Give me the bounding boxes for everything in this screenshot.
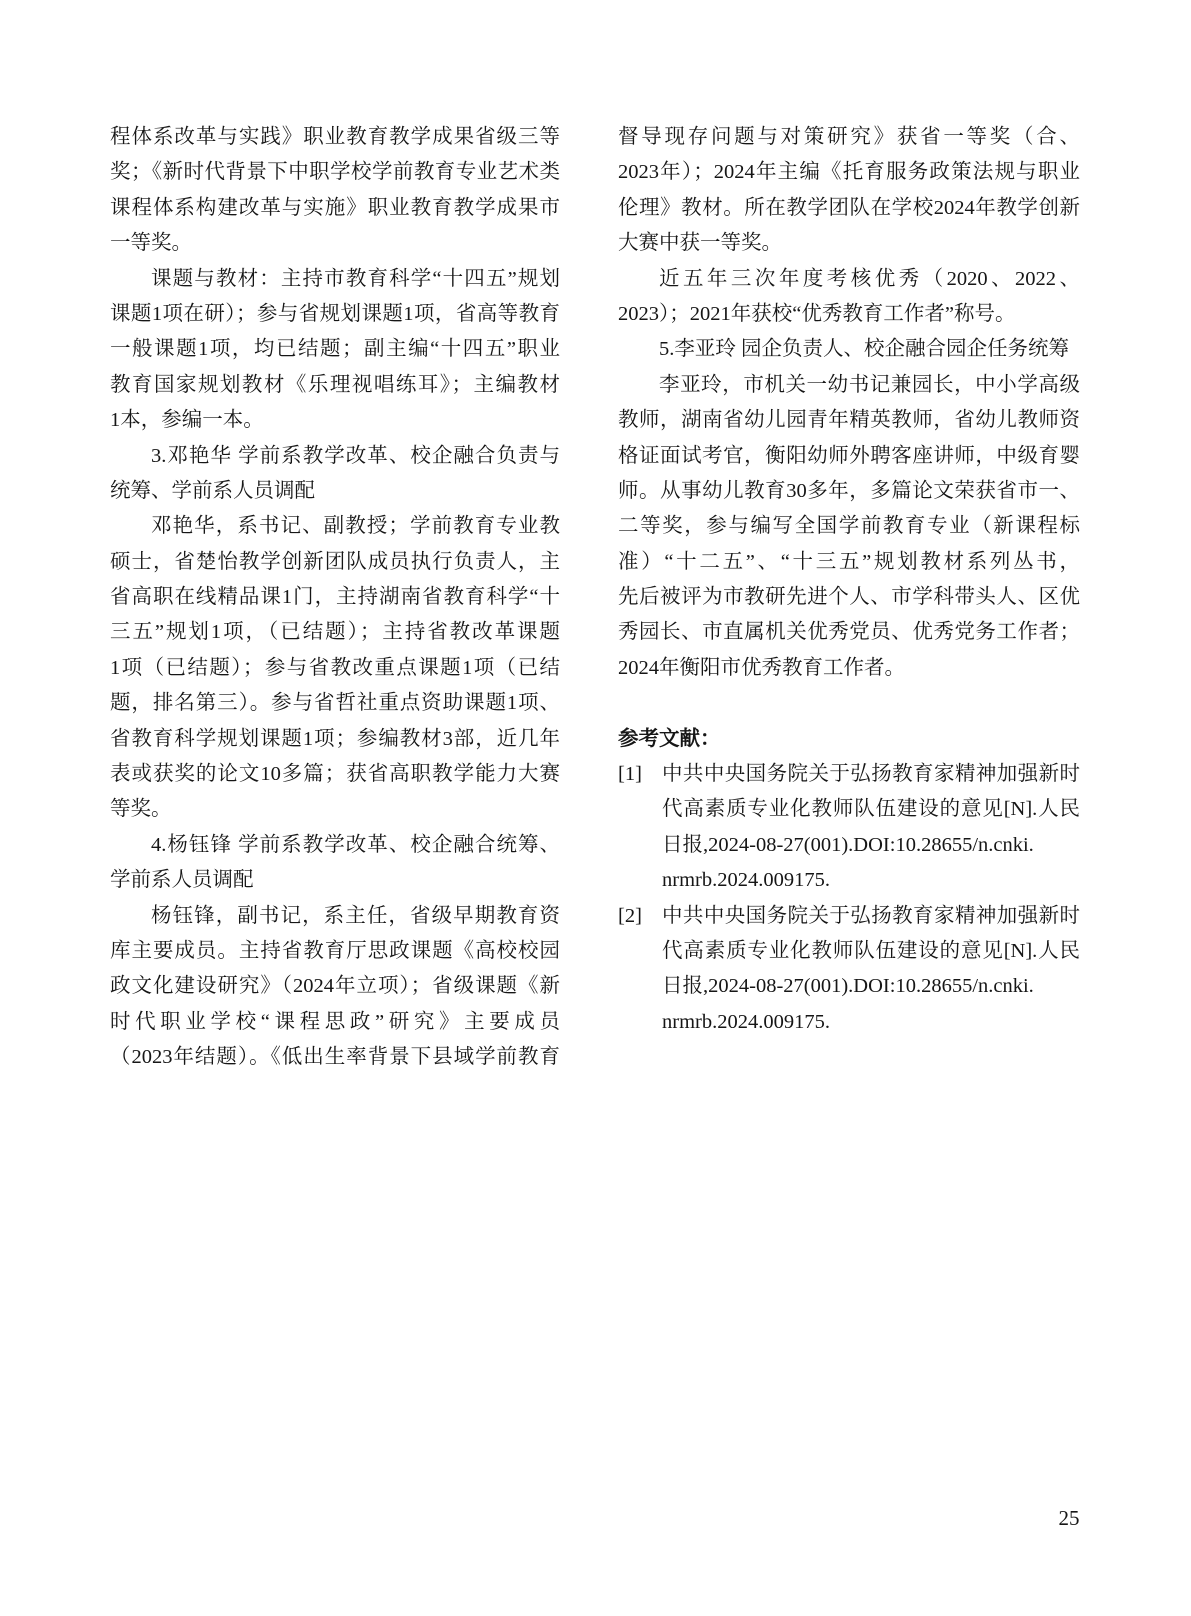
text-line: 程体系改革与实践》职业教育教学成果省级三等 <box>110 120 560 155</box>
text-line: 师。从事幼儿教育30多年，多篇论文荣获省市一、 <box>618 474 1080 509</box>
text-line: 1本，参编一本。 <box>110 403 560 438</box>
text-line: 教育国家规划教材《乐理视唱练耳》；主编教材 <box>110 368 560 403</box>
text-line: 课程体系构建改革与实施》职业教育教学成果市级 <box>110 191 560 226</box>
text-line: 题，排名第三）。参与省哲社重点资助课题1项、 <box>110 686 560 721</box>
text-line: 一等奖。 <box>110 226 560 261</box>
text-line <box>618 686 1080 721</box>
references-heading: 参考文献： <box>618 722 1080 757</box>
reference-line: nrmrb.2024.009175. <box>618 1005 1080 1040</box>
text-line: 3.邓艳华 学前系教学改革、校企融合负责与 <box>110 439 560 474</box>
text-line: 4.杨钰锋 学前系教学改革、校企融合统筹、 <box>110 828 560 863</box>
text-line: 格证面试考官，衡阳幼师外聘客座讲师，中级育婴 <box>618 439 1080 474</box>
text-line: 秀园长、市直属机关优秀党员、优秀党务工作者； <box>618 615 1080 650</box>
text-line: 李亚玲，市机关一幼书记兼园长，中小学高级 <box>618 368 1080 403</box>
page-number: 25 <box>1049 1503 1089 1533</box>
text-line: 二等奖，参与编写全国学前教育专业（新课程标 <box>618 509 1080 544</box>
text-line: 省教育科学规划课题1项；参编教材3部，近几年发 <box>110 722 560 757</box>
text-line: 省高职在线精品课1门，主持湖南省教育科学“十 <box>110 580 560 615</box>
text-line: 近五年三次年度考核优秀（2020、2022、 <box>618 262 1080 297</box>
text-line: 奖；《新时代背景下中职学校学前教育专业艺术类 <box>110 155 560 190</box>
text-line: 课题1项在研）；参与省规划课题1项，省高等教育 <box>110 297 560 332</box>
text-line: 杨钰锋，副书记，系主任，省级早期教育资源 <box>110 899 560 934</box>
text-line: 先后被评为市教研先进个人、市学科带头人、区优 <box>618 580 1080 615</box>
text-line: 准）“十二五”、“十三五”规划教材系列丛书， <box>618 545 1080 580</box>
text-line: （2023年结题）。《低出生率背景下县域学前教育 <box>110 1040 560 1075</box>
reference-line: nrmrb.2024.009175. <box>618 863 1080 898</box>
text-line: 1项（已结题）；参与省教改重点课题1项（已结 <box>110 651 560 686</box>
text-line: 表或获奖的论文10多篇；获省高职教学能力大赛二 <box>110 757 560 792</box>
reference-line: 日报,2024-08-27(001).DOI:10.28655/n.cnki. <box>618 969 1080 1004</box>
reference-line: 代高素质专业化教师队伍建设的意见[N].人民 <box>618 934 1080 969</box>
text-line: 时代职业学校“课程思政”研究》主要成员 <box>110 1005 560 1040</box>
text-line: 2023）；2021年获校“优秀教育工作者”称号。 <box>618 297 1080 332</box>
text-line: 库主要成员。主持省教育厅思政课题《高校校园思 <box>110 934 560 969</box>
text-line: 三五”规划1项，（已结题）；主持省教改革课题 <box>110 615 560 650</box>
journal-page: 程体系改革与实践》职业教育教学成果省级三等奖；《新时代背景下中职学校学前教育专业… <box>0 0 1191 1616</box>
text-line: 硕士，省楚怡教学创新团队成员执行负责人，主持 <box>110 545 560 580</box>
reference-line: 日报,2024-08-27(001).DOI:10.28655/n.cnki. <box>618 828 1080 863</box>
left-text-column: 程体系改革与实践》职业教育教学成果省级三等奖；《新时代背景下中职学校学前教育专业… <box>110 120 560 1076</box>
text-line: 2024年衡阳市优秀教育工作者。 <box>618 651 1080 686</box>
text-line: 邓艳华，系书记、副教授；学前教育专业教育 <box>110 509 560 544</box>
text-line: 学前系人员调配 <box>110 863 560 898</box>
text-line: 一般课题1项，均已结题；副主编“十四五”职业 <box>110 332 560 367</box>
reference-line: 代高素质专业化教师队伍建设的意见[N].人民 <box>618 792 1080 827</box>
text-line: 5.李亚玲 园企负责人、校企融合园企任务统筹 <box>618 332 1080 367</box>
text-line: 等奖。 <box>110 792 560 827</box>
text-line: 政文化建设研究》（2024年立项）；省级课题《新 <box>110 969 560 1004</box>
text-line: 2023年）；2024年主编《托育服务政策法规与职业 <box>618 155 1080 190</box>
text-line: 教师，湖南省幼儿园青年精英教师，省幼儿教师资 <box>618 403 1080 438</box>
text-line: 课题与教材：主持市教育科学“十四五”规划 <box>110 262 560 297</box>
reference-line: [2]中共中央国务院关于弘扬教育家精神加强新时 <box>618 899 1080 934</box>
reference-line: [1]中共中央国务院关于弘扬教育家精神加强新时 <box>618 757 1080 792</box>
text-line: 统筹、学前系人员调配 <box>110 474 560 509</box>
reference-number: [1] <box>618 757 642 792</box>
text-line: 大赛中获一等奖。 <box>618 226 1080 261</box>
right-text-column: 督导现存问题与对策研究》获省一等奖（合、2023年）；2024年主编《托育服务政… <box>618 120 1080 1040</box>
text-line: 伦理》教材。所在教学团队在学校2024年教学创新 <box>618 191 1080 226</box>
reference-number: [2] <box>618 899 642 934</box>
text-line: 督导现存问题与对策研究》获省一等奖（合、 <box>618 120 1080 155</box>
